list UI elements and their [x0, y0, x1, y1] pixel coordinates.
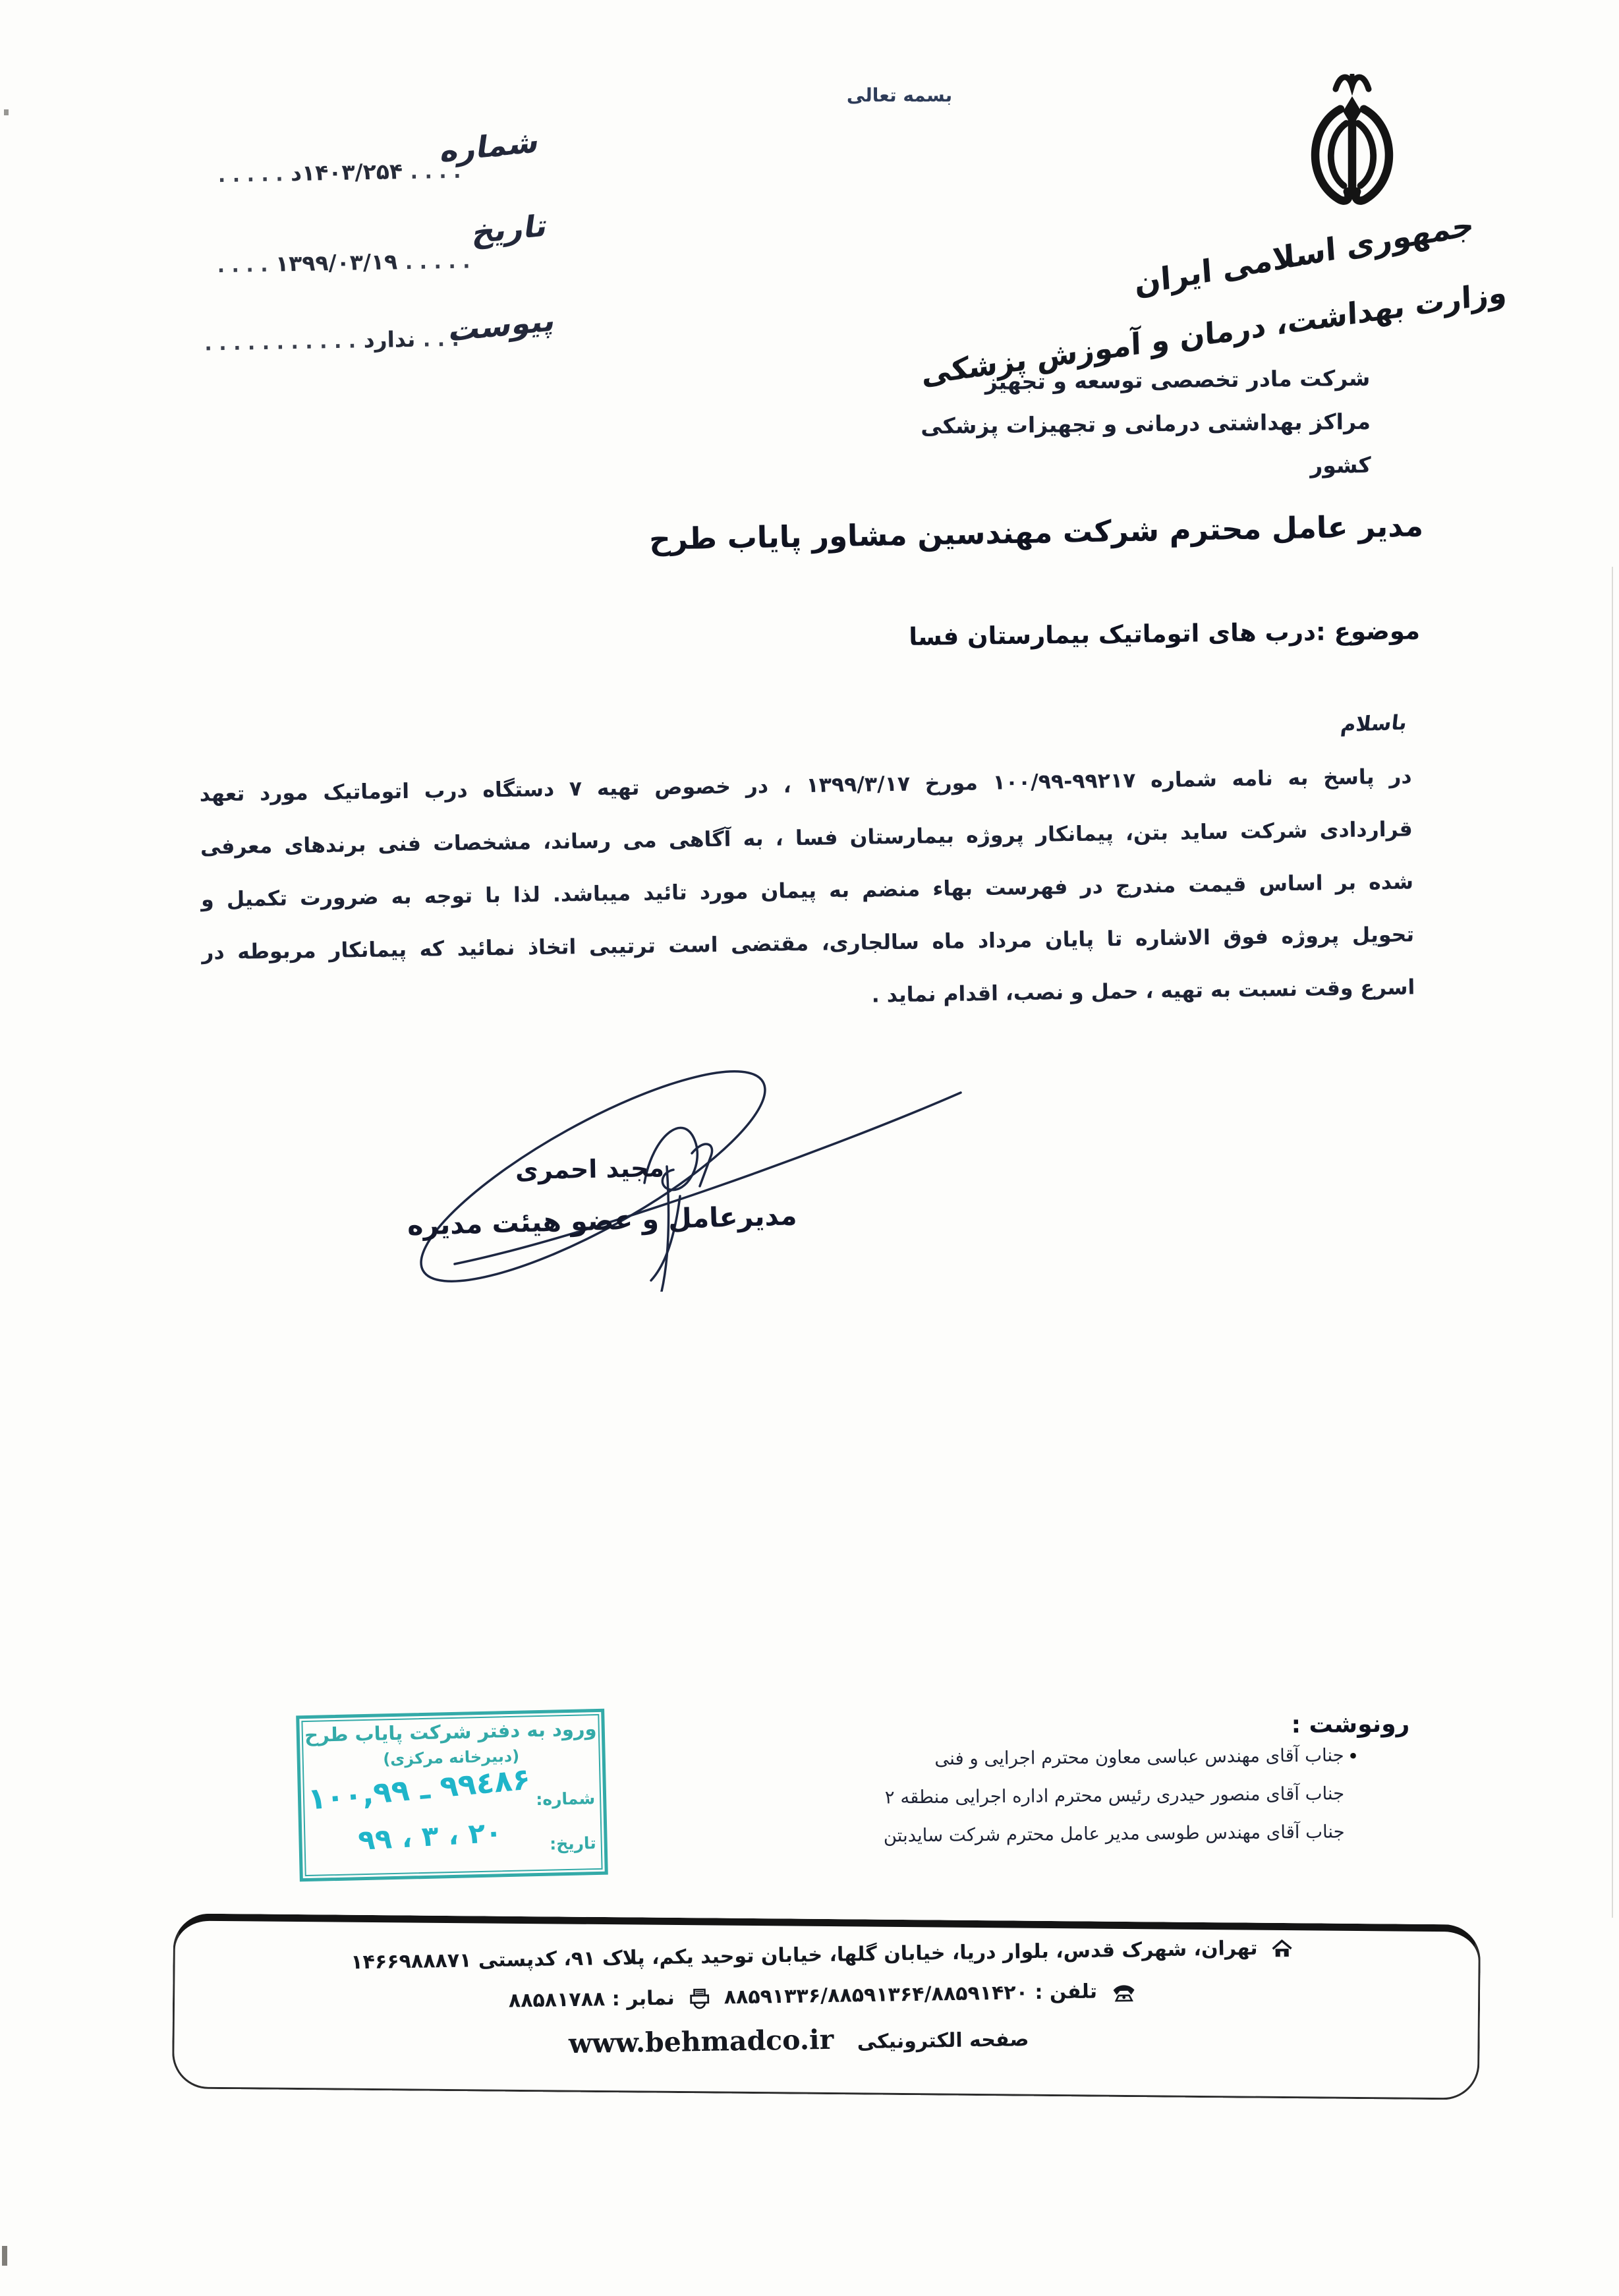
- phone-icon: [1110, 1982, 1137, 2002]
- scan-edge-artifact: [1612, 567, 1613, 1918]
- address-text: تهران، شهرک قدس، بلوار دریا، خیابان گلها…: [351, 1937, 1258, 1974]
- ref-number-row: . . . . ۱۴۰۳/۲۵۴د . . . . .: [197, 157, 482, 188]
- ref-attachment-value: ندارد: [363, 326, 415, 353]
- gov-title-calligraphy: جمهوری اسلامی ایران: [1183, 206, 1475, 293]
- signatory-name: مجید احمری: [515, 1153, 665, 1185]
- fax-number: ۸۸۵۸۱۷۸۸: [509, 1988, 606, 2012]
- ref-date-value: ۱۳۹۹/۰۳/۱۹: [275, 248, 398, 276]
- ref-date-row: . . . . . ۱۳۹۹/۰۳/۱۹ . . . .: [198, 247, 489, 278]
- website-line: صفحه الکترونیکی www.behmadco.ir: [138, 2014, 1442, 2066]
- fax-label: نمابر :: [612, 1987, 675, 2011]
- recipient-line: مدیر عامل محترم شرکت مهندسین مشاور پایاب…: [758, 508, 1424, 555]
- house-icon: [1271, 1938, 1293, 1959]
- ref-number-value: ۱۴۰۳/۲۵۴د: [291, 158, 403, 186]
- signature-scribble-icon: [382, 1041, 988, 1292]
- website-url: www.behmadco.ir: [569, 2024, 834, 2059]
- salutation: باسلام: [1274, 710, 1408, 739]
- scan-corner-artifact: [2, 2246, 7, 2266]
- stamp-number-label: شماره:: [536, 1789, 596, 1809]
- cc-item-2: جناب آقای منصور حیدری رئیس محترم اداره ا…: [725, 1783, 1344, 1809]
- body-paragraph: در پاسخ به نامه شماره ۹۹۲۱۷-۱۰۰/۹۹ مورخ …: [199, 750, 1415, 1031]
- leader-dots: . . . .: [410, 160, 461, 184]
- leader-dots: . . . .: [217, 254, 268, 277]
- bismillah-heading: بسمه تعالی: [840, 84, 959, 106]
- address-line: تهران، شهرک قدس، بلوار دریا، خیابان گلها…: [174, 1933, 1477, 1976]
- footer-content: تهران، شهرک قدس، بلوار دریا، خیابان گلها…: [173, 1916, 1479, 2102]
- iran-national-emblem-icon: [1293, 74, 1411, 217]
- phone-label: تلفن :: [1035, 1980, 1097, 2004]
- organization-lines: شرکت مادر تخصصی توسعه و تجهیز مراکز بهدا…: [843, 357, 1371, 492]
- fax-icon: [688, 1988, 710, 2009]
- subject-line: موضوع :درب های اتوماتیک بیمارستان فسا: [923, 616, 1420, 650]
- leader-dots: . . .: [423, 328, 460, 352]
- cc-section: رونوشت : • جناب آقای مهندس عباسی معاون م…: [724, 1710, 1424, 1847]
- website-label: صفحه الکترونیکی: [857, 2028, 1029, 2053]
- entry-stamp: ورود به دفتر شرکت پایاب طرح (دبیرخانه مر…: [296, 1709, 608, 1882]
- leader-dots: . . . . .: [218, 163, 283, 187]
- ref-date-label: تاریخ: [470, 208, 550, 251]
- stamp-date-label: تاریخ:: [550, 1833, 596, 1854]
- scanned-letter-page: بسمه تعالی شماره . . . . ۱۴۰۳/۲۵۴د . . .…: [0, 0, 1619, 2296]
- ref-attachment-row: . . . ندارد . . . . . . . . . . .: [173, 325, 490, 356]
- cc-item-3: جناب آقای مهندس طوسی مدیر عامل محترم شرک…: [725, 1821, 1345, 1847]
- phone-fax-line: تلفن : ۸۸۵۹۱۳۳۶/۸۸۵۹۱۳۶۴/۸۸۵۹۱۴۲۰ نمابر …: [174, 1974, 1477, 2017]
- scan-speck-artifact: [4, 109, 9, 115]
- org-line-1: شرکت مادر تخصصی توسعه و تجهیز: [843, 357, 1371, 405]
- leader-dots: . . . . .: [405, 250, 470, 274]
- cc-item-1: جناب آقای مهندس عباسی معاون محترم اجرایی…: [725, 1744, 1344, 1771]
- cc-bullet-icon: •: [1348, 1745, 1359, 1768]
- footer-box: تهران، شهرک قدس، بلوار دریا، خیابان گلها…: [172, 1913, 1481, 2100]
- phone-numbers: ۸۸۵۹۱۳۳۶/۸۸۵۹۱۳۶۴/۸۸۵۹۱۴۲۰: [724, 1981, 1028, 2009]
- leader-dots: . . . . . . . . . . .: [204, 330, 356, 355]
- cc-header: رونوشت :: [724, 1711, 1409, 1744]
- org-line-2: مراکز بهداشتی درمانی و تجهیزات پزشکی کشو…: [843, 400, 1371, 492]
- reference-fields: شماره . . . . ۱۴۰۳/۲۵۴د . . . . . تاریخ …: [0, 0, 596, 414]
